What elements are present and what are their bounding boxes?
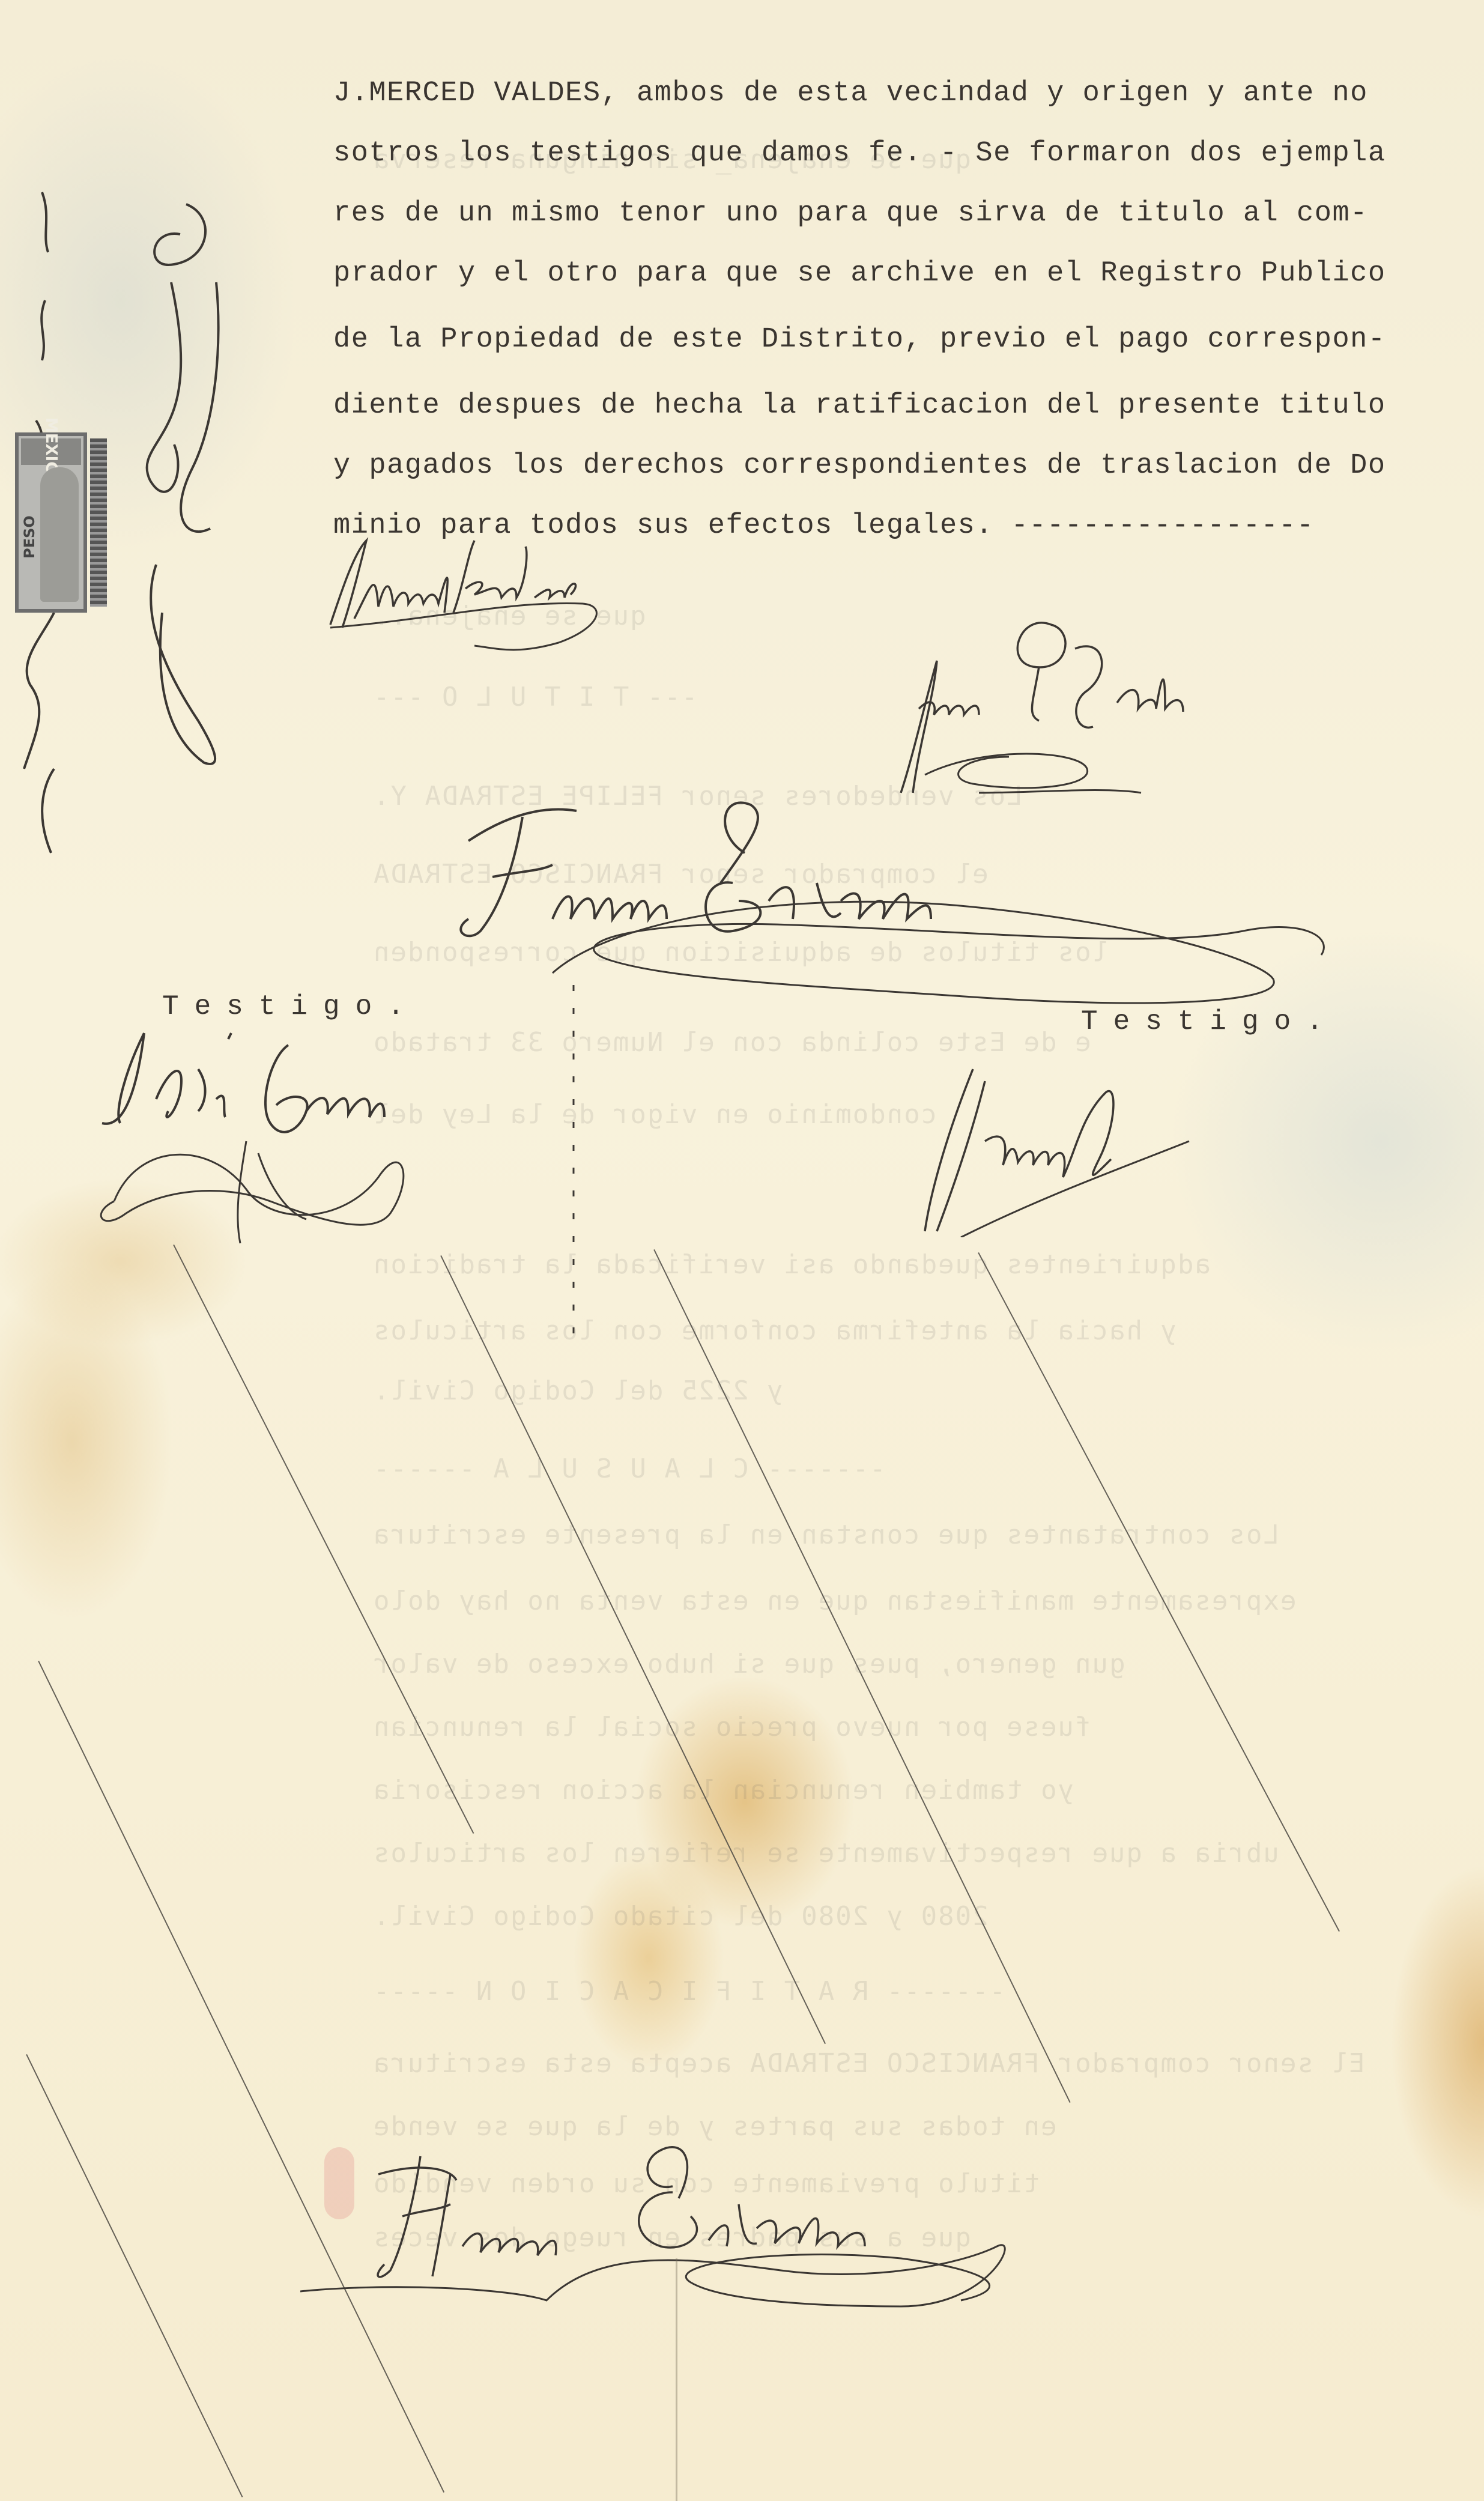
revenue-stamp: MEXICO PESO [15, 432, 87, 613]
document-page: que se enajena_ sin ninguna reserva que … [0, 0, 1484, 2501]
witness-label-right: Testigo. [1081, 1006, 1339, 1037]
body-line-4: prador y el otro para que se archive en … [333, 259, 1386, 288]
stamp-perforation [90, 438, 107, 607]
red-ink-mark [324, 2147, 354, 2219]
signature-juan-davila [829, 613, 1393, 805]
stamp-country: MEXICO [21, 438, 81, 465]
signature-francisco-estrada-upper [432, 781, 1369, 1009]
body-line-6: diente despues de hecha la ratificacion … [333, 392, 1386, 420]
body-line-5: de la Propiedad de este Distrito, previo… [333, 326, 1386, 354]
body-line-8: minio para todos sus efectos legales. --… [333, 512, 1315, 540]
stamp-denomination: PESO [21, 467, 38, 607]
stamp-eagle-emblem [40, 467, 79, 602]
signature-witness-right [889, 1057, 1321, 1237]
body-line-2: sotros los testigos que damos fe. - Se f… [333, 139, 1386, 168]
body-line-1: J.MERCED VALDES, ambos de esta vecindad … [333, 79, 1368, 108]
body-line-7: y pagados los derechos correspondientes … [333, 452, 1386, 480]
body-line-3: res de un mismo tenor uno para que sirva… [333, 199, 1368, 228]
witness-label-left: Testigo. [162, 991, 420, 1022]
paper-tear [676, 2258, 677, 2501]
